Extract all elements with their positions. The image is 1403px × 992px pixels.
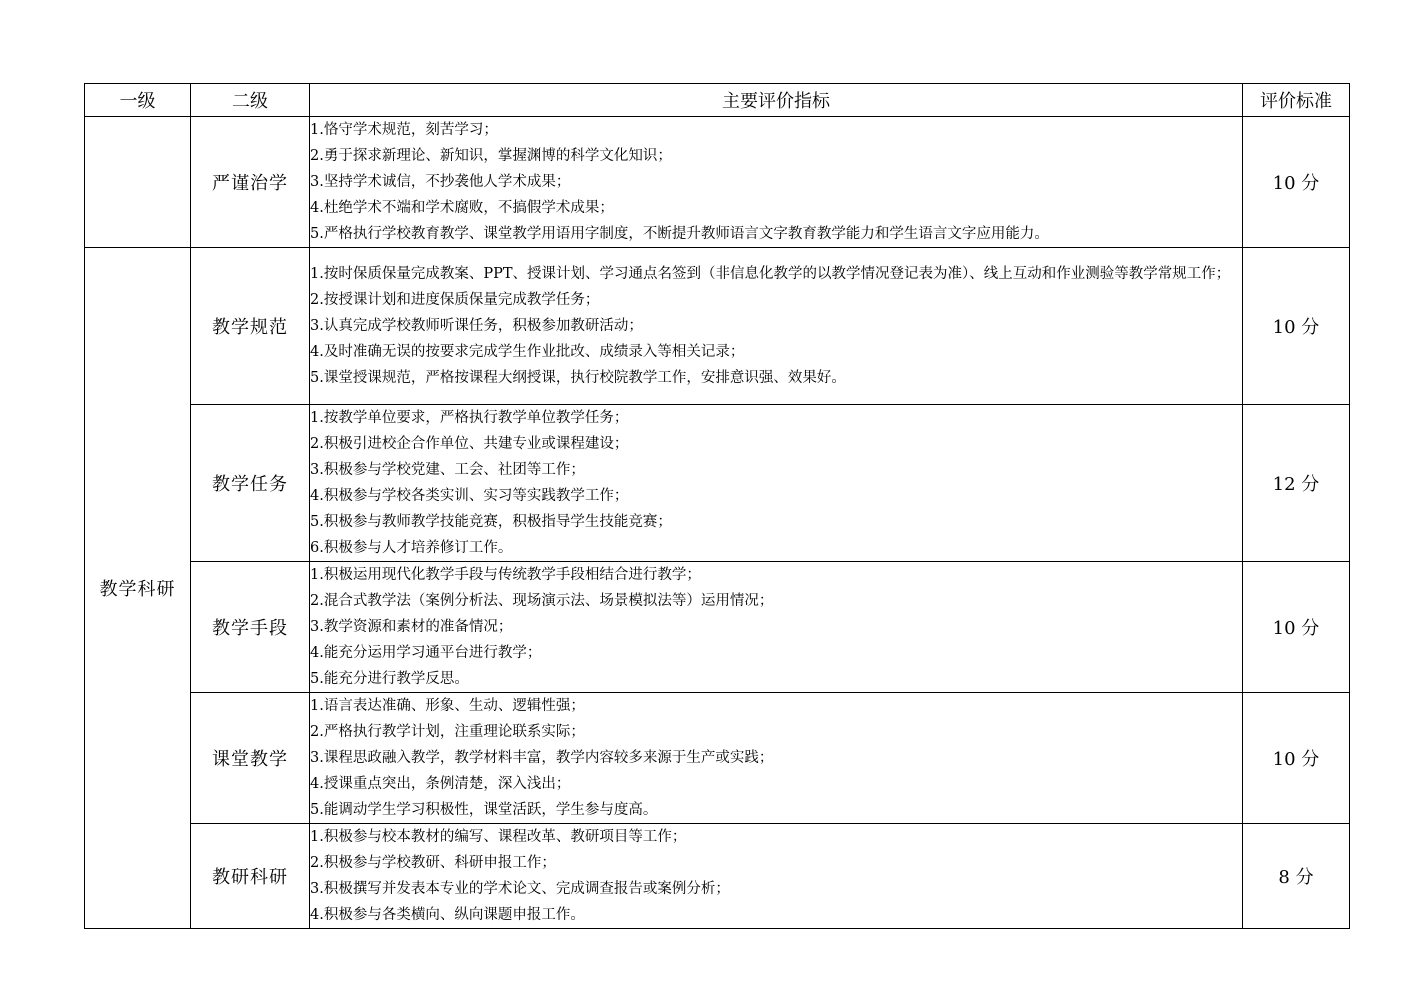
indicator-list: 1.积极运用现代化教学手段与传统教学手段相结合进行教学； 2.混合式教学法（案例…	[310, 562, 1243, 693]
indicator-item: 3.坚持学术诚信，不抄袭他人学术成果；	[310, 169, 1242, 195]
table-row: 课堂教学 1.语言表达准确、形象、生动、逻辑性强； 2.严格执行教学计划，注重理…	[85, 693, 1350, 824]
indicator-item: 1.积极参与校本教材的编写、课程改革、教研项目等工作；	[310, 824, 1242, 850]
indicator-list: 1.积极参与校本教材的编写、课程改革、教研项目等工作； 2.积极参与学校教研、科…	[310, 824, 1243, 929]
indicator-item: 5.严格执行学校教育教学、课堂教学用语用字制度，不断提升教师语言文字教育教学能力…	[310, 221, 1242, 247]
indicator-item: 4.能充分运用学习通平台进行教学；	[310, 640, 1242, 666]
level2-cell: 教学手段	[191, 562, 310, 693]
indicator-item: 3.认真完成学校教师听课任务，积极参加教研活动；	[310, 313, 1242, 339]
indicator-item: 4.积极参与各类横向、纵向课题申报工作。	[310, 902, 1242, 928]
indicator-item: 3.积极撰写并发表本专业的学术论文、完成调查报告或案例分析；	[310, 876, 1242, 902]
table-header-row: 一级 二级 主要评价指标 评价标准	[85, 84, 1350, 117]
level2-cell: 教学任务	[191, 405, 310, 562]
document-page: 一级 二级 主要评价指标 评价标准 严谨治学 1.恪守学术规范，刻苦学习； 2.…	[0, 0, 1403, 992]
indicator-list: 1.恪守学术规范，刻苦学习； 2.勇于探求新理论、新知识，掌握渊博的科学文化知识…	[310, 117, 1243, 248]
indicator-list: 1.语言表达准确、形象、生动、逻辑性强； 2.严格执行教学计划，注重理论联系实际…	[310, 693, 1243, 824]
indicator-item: 3.积极参与学校党建、工会、社团等工作；	[310, 457, 1242, 483]
score-cell: 10 分	[1243, 248, 1350, 405]
header-level1: 一级	[85, 84, 191, 117]
indicator-item: 5.能充分进行教学反思。	[310, 666, 1242, 692]
indicator-item: 1.恪守学术规范，刻苦学习；	[310, 117, 1242, 143]
indicator-item: 2.严格执行教学计划，注重理论联系实际；	[310, 719, 1242, 745]
indicator-item: 3.教学资源和素材的准备情况；	[310, 614, 1242, 640]
level2-cell: 教研科研	[191, 824, 310, 929]
indicator-item: 2.积极参与学校教研、科研申报工作；	[310, 850, 1242, 876]
score-cell: 8 分	[1243, 824, 1350, 929]
header-indicators: 主要评价指标	[310, 84, 1243, 117]
indicator-item: 1.积极运用现代化教学手段与传统教学手段相结合进行教学；	[310, 562, 1242, 588]
table-row: 教学任务 1.按教学单位要求，严格执行教学单位教学任务； 2.积极引进校企合作单…	[85, 405, 1350, 562]
indicator-item: 2.混合式教学法（案例分析法、现场演示法、场景模拟法等）运用情况；	[310, 588, 1242, 614]
score-cell: 10 分	[1243, 117, 1350, 248]
level2-cell: 课堂教学	[191, 693, 310, 824]
table-row: 教学手段 1.积极运用现代化教学手段与传统教学手段相结合进行教学； 2.混合式教…	[85, 562, 1350, 693]
level2-cell: 教学规范	[191, 248, 310, 405]
indicator-item: 5.能调动学生学习积极性，课堂活跃，学生参与度高。	[310, 797, 1242, 823]
header-level2: 二级	[191, 84, 310, 117]
indicator-item: 4.授课重点突出，条例清楚，深入浅出；	[310, 771, 1242, 797]
indicator-item: 1.按时保质保量完成教案、PPT、授课计划、学习通点名签到（非信息化教学的以教学…	[310, 261, 1242, 287]
indicator-item: 5.课堂授课规范，严格按课程大纲授课，执行校院教学工作，安排意识强、效果好。	[310, 365, 1242, 391]
indicator-list: 1.按教学单位要求，严格执行教学单位教学任务； 2.积极引进校企合作单位、共建专…	[310, 405, 1243, 562]
indicator-item: 4.杜绝学术不端和学术腐败，不搞假学术成果；	[310, 195, 1242, 221]
indicator-item: 2.积极引进校企合作单位、共建专业或课程建设；	[310, 431, 1242, 457]
level1-cell: 教学科研	[85, 248, 191, 929]
level2-cell: 严谨治学	[191, 117, 310, 248]
indicator-item: 1.语言表达准确、形象、生动、逻辑性强；	[310, 693, 1242, 719]
indicator-item: 2.勇于探求新理论、新知识，掌握渊博的科学文化知识；	[310, 143, 1242, 169]
score-cell: 12 分	[1243, 405, 1350, 562]
evaluation-table: 一级 二级 主要评价指标 评价标准 严谨治学 1.恪守学术规范，刻苦学习； 2.…	[84, 83, 1350, 929]
score-cell: 10 分	[1243, 562, 1350, 693]
table-row: 教研科研 1.积极参与校本教材的编写、课程改革、教研项目等工作； 2.积极参与学…	[85, 824, 1350, 929]
indicator-list: 1.按时保质保量完成教案、PPT、授课计划、学习通点名签到（非信息化教学的以教学…	[310, 248, 1243, 405]
indicator-item: 4.积极参与学校各类实训、实习等实践教学工作；	[310, 483, 1242, 509]
indicator-item: 4.及时准确无误的按要求完成学生作业批改、成绩录入等相关记录；	[310, 339, 1242, 365]
table-row: 严谨治学 1.恪守学术规范，刻苦学习； 2.勇于探求新理论、新知识，掌握渊博的科…	[85, 117, 1350, 248]
level1-cell-empty	[85, 117, 191, 248]
table-row: 教学科研 教学规范 1.按时保质保量完成教案、PPT、授课计划、学习通点名签到（…	[85, 248, 1350, 405]
indicator-item: 5.积极参与教师教学技能竞赛，积极指导学生技能竞赛；	[310, 509, 1242, 535]
indicator-item: 3.课程思政融入教学，教学材料丰富，教学内容较多来源于生产或实践；	[310, 745, 1242, 771]
header-standard: 评价标准	[1243, 84, 1350, 117]
score-cell: 10 分	[1243, 693, 1350, 824]
indicator-item: 2.按授课计划和进度保质保量完成教学任务；	[310, 287, 1242, 313]
indicator-item: 1.按教学单位要求，严格执行教学单位教学任务；	[310, 405, 1242, 431]
indicator-item: 6.积极参与人才培养修订工作。	[310, 535, 1242, 561]
